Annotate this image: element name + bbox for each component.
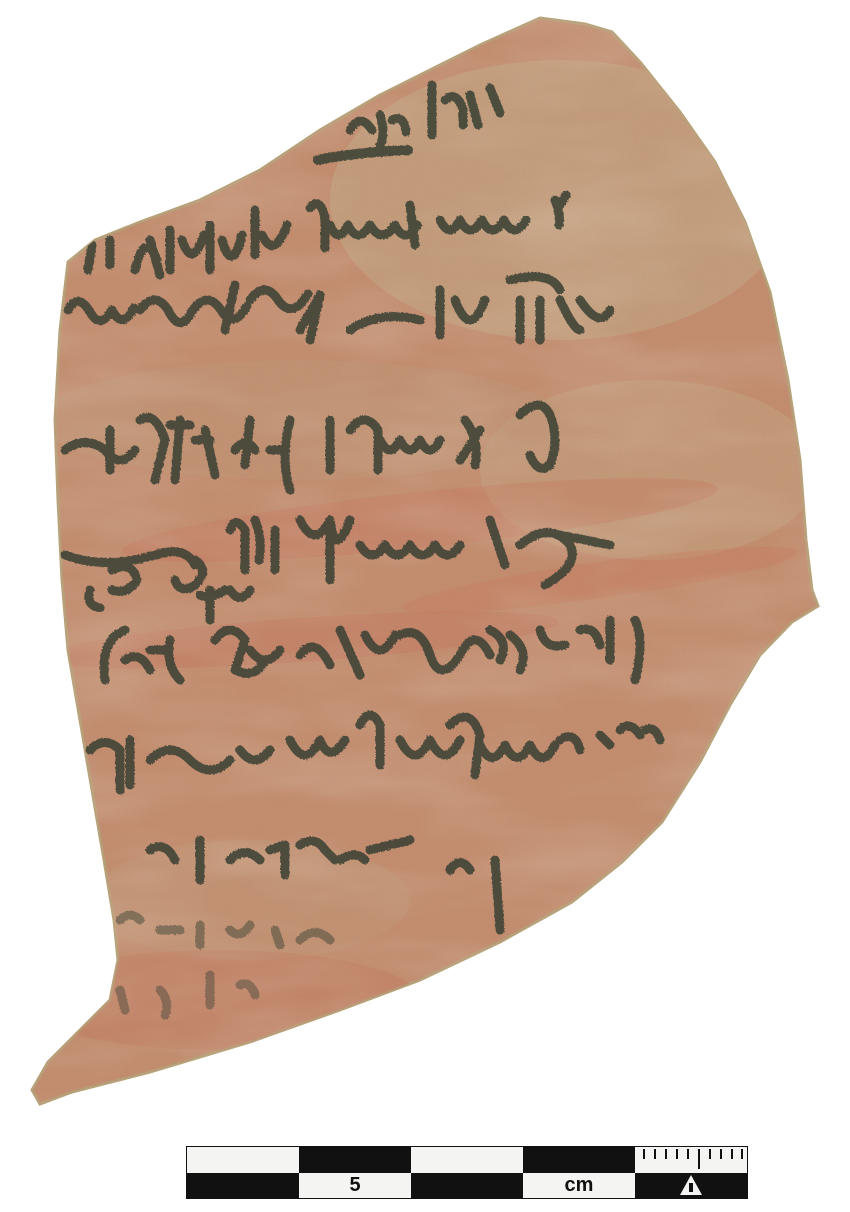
scale-segment: cm (523, 1173, 635, 1199)
scale-bar: 5 cm (186, 1146, 748, 1199)
scale-unit-label: cm (565, 1175, 594, 1195)
scale-segment (411, 1147, 523, 1173)
scale-ticks-segment (635, 1147, 747, 1173)
scale-segment: 5 (299, 1173, 411, 1199)
scale-segment (299, 1147, 411, 1173)
scale-number-label: 5 (349, 1175, 360, 1195)
scale-segment (187, 1147, 299, 1173)
scale-segment (523, 1147, 635, 1173)
ostracon-photo (0, 0, 850, 1212)
north-arrow-triangle-icon (680, 1175, 702, 1195)
scale-segment (411, 1173, 523, 1199)
mm-ticks (635, 1147, 747, 1173)
scale-segment (187, 1173, 299, 1199)
scale-segment (635, 1173, 747, 1199)
sherd (0, 0, 850, 1212)
